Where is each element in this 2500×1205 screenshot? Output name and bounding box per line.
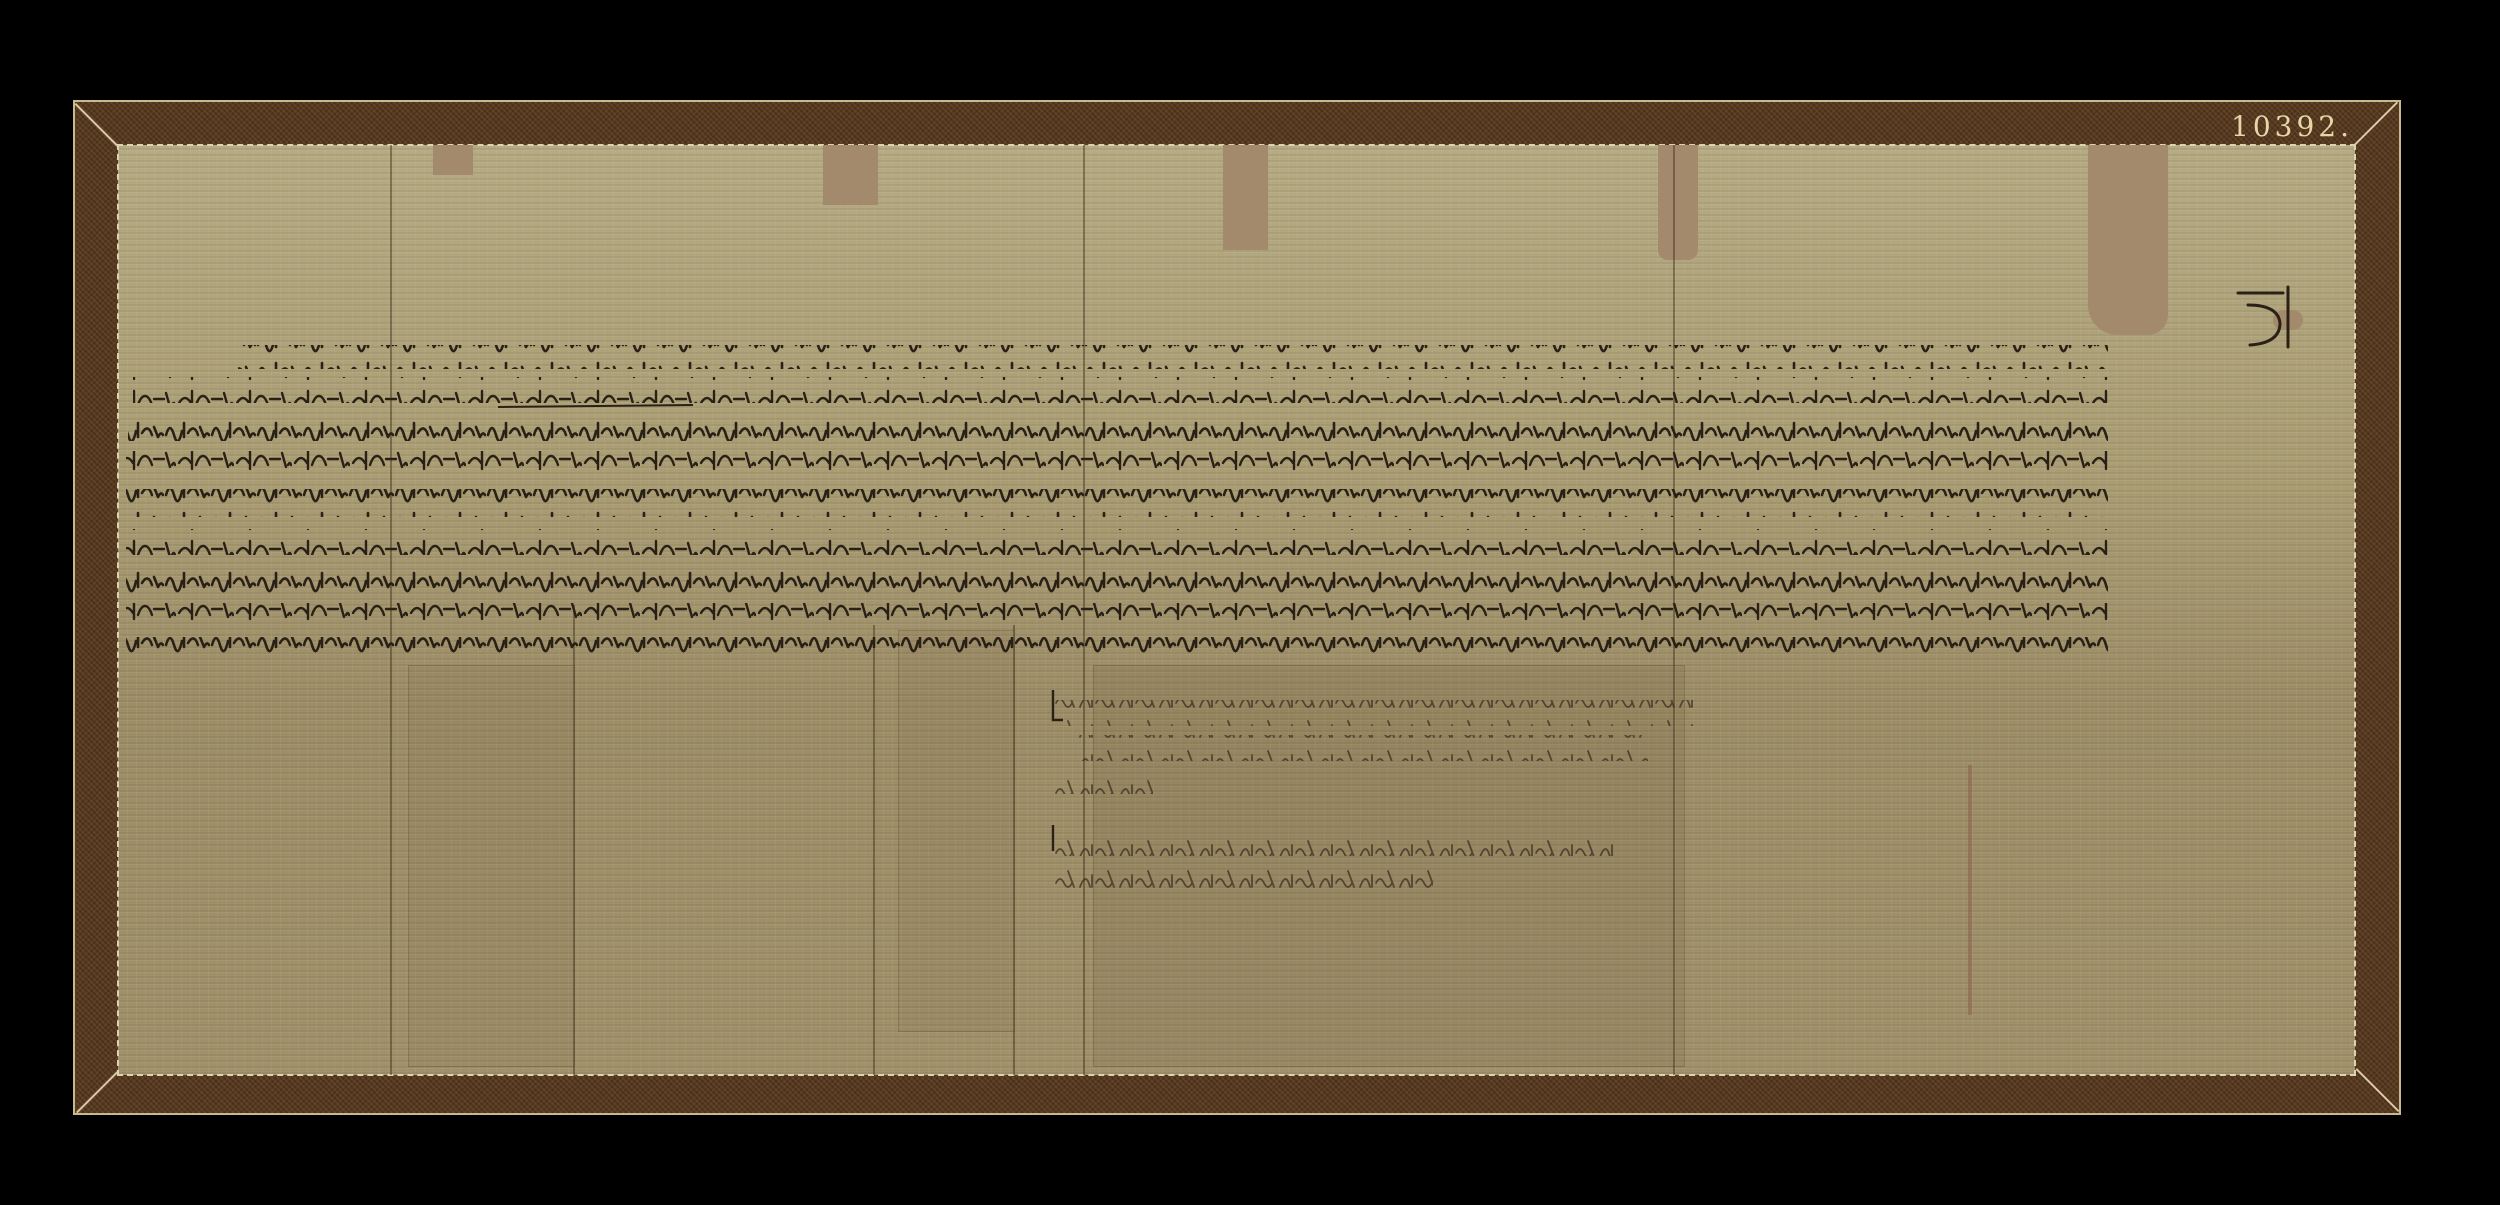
- script-line: [238, 345, 2108, 369]
- papyrus-sheet: [118, 145, 2355, 1075]
- hieratic-text: [118, 145, 2355, 1075]
- script-line: [133, 377, 2108, 403]
- script-line: [128, 413, 2108, 441]
- script-line: [126, 567, 2108, 593]
- script-line: [126, 529, 2108, 555]
- script-line-faint: [1053, 865, 1433, 891]
- script-line: [126, 451, 2108, 477]
- script-line-faint: [1053, 700, 1693, 726]
- script-line: [126, 489, 2108, 517]
- catalog-number-label: 10392.: [2231, 110, 2353, 143]
- script-line: [126, 637, 2108, 661]
- script-line: [126, 603, 2108, 629]
- script-line-faint: [1053, 830, 1613, 856]
- script-line-faint: [1078, 735, 1648, 761]
- script-line-faint: [1053, 770, 1153, 794]
